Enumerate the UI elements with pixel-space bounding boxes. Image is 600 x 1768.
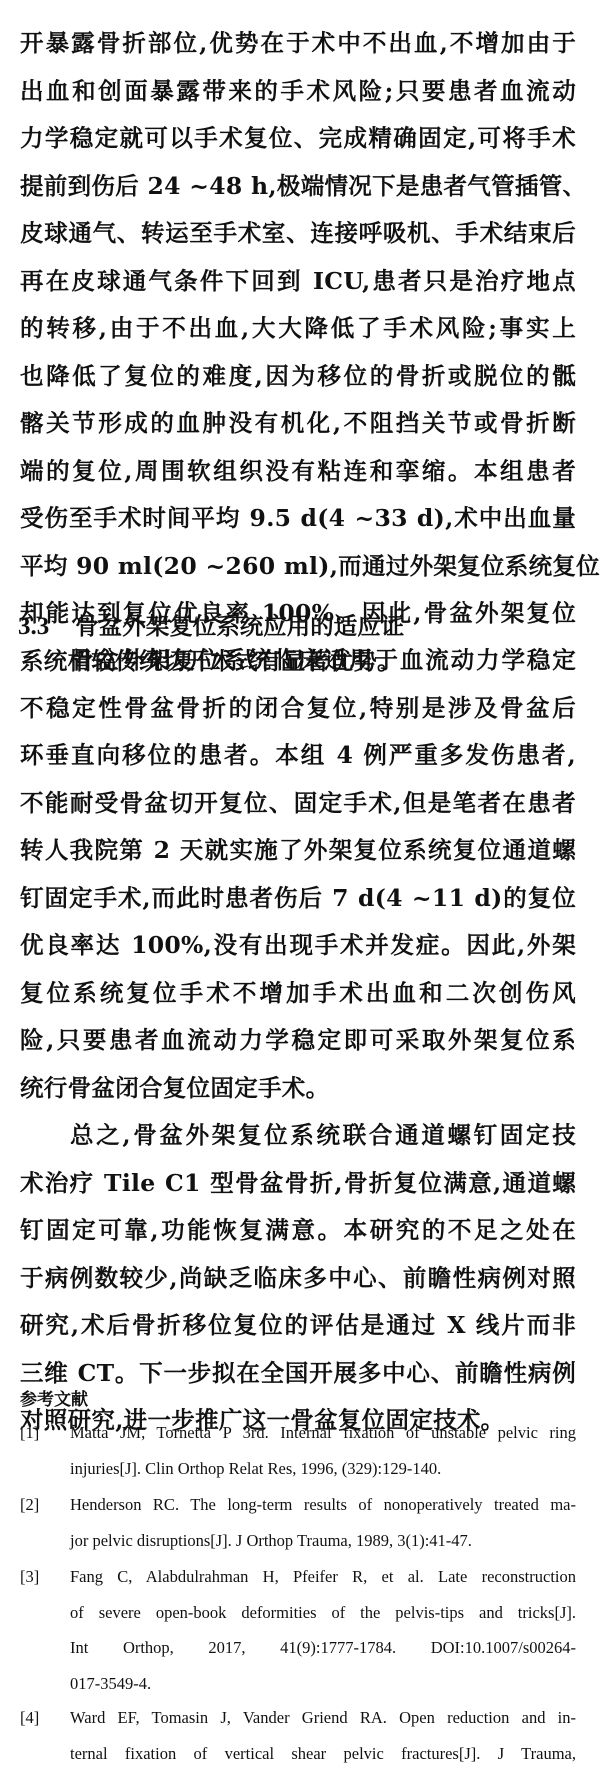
text-line: 髂关节形成的血肿没有机化,不阻挡关节或骨折断 xyxy=(20,400,576,448)
reference-line: Henderson RC. The long-term results of n… xyxy=(70,1487,576,1523)
reference-line: 017-3549-4. xyxy=(70,1666,576,1702)
paragraph-advantages: 开暴露骨折部位,优势在于术中不出血,不增加由于 出血和创面暴露带来的手术风险;只… xyxy=(20,20,576,685)
section-number: 3.3 xyxy=(18,613,49,640)
text-line: 于病例数较少,尚缺乏临床多中心、前瞻性病例对照 xyxy=(20,1255,576,1303)
text-line: 受伤至手术时间平均 9.5 d(4 ~33 d),术中出血量 xyxy=(20,495,576,543)
reference-line: jor pelvic disruptions[J]. J Orthop Trau… xyxy=(70,1523,576,1559)
reference-item: [3] Fang C, Alabdulrahman H, Pfeifer R, … xyxy=(20,1559,576,1701)
section-heading: 3.3骨盆外架复位系统应用的适应证 xyxy=(18,607,404,641)
reference-line: Int Orthop, 2017, 41(9):1777-1784. DOI:1… xyxy=(70,1630,576,1666)
text-line: 也降低了复位的难度,因为移位的骨折或脱位的骶 xyxy=(20,353,576,401)
text-line: 不能耐受骨盆切开复位、固定手术,但是笔者在患者 xyxy=(20,780,576,828)
text-line: 骨盆外架复位系统临床适用于血流动力学稳定 xyxy=(20,637,576,685)
text-line: 险,只要患者血流动力学稳定即可采取外架复位系 xyxy=(20,1017,576,1065)
text-line: 开暴露骨折部位,优势在于术中不出血,不增加由于 xyxy=(20,20,576,68)
reference-number: [4] xyxy=(20,1700,39,1736)
reference-text: Henderson RC. The long-term results of n… xyxy=(70,1487,576,1558)
text-line: 转人我院第 2 天就实施了外架复位系统复位通道螺 xyxy=(20,827,576,875)
text-line: 术治疗 Tile C1 型骨盆骨折,骨折复位满意,通道螺 xyxy=(20,1160,576,1208)
reference-item: [4] Ward EF, Tomasin J, Vander Griend RA… xyxy=(20,1700,576,1768)
reference-number: [1] xyxy=(20,1415,39,1451)
text-line: 力学稳定就可以手术复位、完成精确固定,可将手术 xyxy=(20,115,576,163)
reference-text: Ward EF, Tomasin J, Vander Griend RA. Op… xyxy=(70,1700,576,1768)
reference-line: Fang C, Alabdulrahman H, Pfeifer R, et a… xyxy=(70,1559,576,1595)
text-line: 复位系统复位手术不增加手术出血和二次创伤风 xyxy=(20,970,576,1018)
text-line: 总之,骨盆外架复位系统联合通道螺钉固定技 xyxy=(20,1112,576,1160)
text-line: 研究,术后骨折移位复位的评估是通过 X 线片而非 xyxy=(20,1302,576,1350)
text-line: 不稳定性骨盆骨折的闭合复位,特别是涉及骨盆后 xyxy=(20,685,576,733)
text-line: 钉固定手术,而此时患者伤后 7 d(4 ~11 d)的复位 xyxy=(20,875,576,923)
text-line: 的转移,由于不出血,大大降低了手术风险;事实上 xyxy=(20,305,576,353)
text-line: 三维 CT。下一步拟在全国开展多中心、前瞻性病例 xyxy=(20,1350,576,1398)
text-line: 优良率达 100%,没有出现手术并发症。因此,外架 xyxy=(20,922,576,970)
text-line: 端的复位,周围软组织没有粘连和挛缩。本组患者 xyxy=(20,448,576,496)
references-heading: 参考文献 xyxy=(20,1385,88,1410)
text-line: 再在皮球通气条件下回到 ICU,患者只是治疗地点 xyxy=(20,258,576,306)
section-title: 骨盆外架复位系统应用的适应证 xyxy=(75,612,404,640)
reference-line: Matta JM, Tornetta P 3rd. Internal fixat… xyxy=(70,1415,576,1451)
text-line: 平均 90 ml(20 ~260 ml),而通过外架复位系统复位 xyxy=(20,543,576,591)
text-line: 出血和创面暴露带来的手术风险;只要患者血流动 xyxy=(20,68,576,116)
text-line: 钉固定可靠,功能恢复满意。本研究的不足之处在 xyxy=(20,1207,576,1255)
paragraph-indications: 骨盆外架复位系统临床适用于血流动力学稳定 不稳定性骨盆骨折的闭合复位,特别是涉及… xyxy=(20,637,576,1112)
reference-line: of severe open-book deformities of the p… xyxy=(70,1595,576,1631)
reference-item: [1] Matta JM, Tornetta P 3rd. Internal f… xyxy=(20,1415,576,1486)
paragraph-conclusion: 总之,骨盆外架复位系统联合通道螺钉固定技 术治疗 Tile C1 型骨盆骨折,骨… xyxy=(20,1112,576,1445)
text-line: 皮球通气、转运至手术室、连接呼吸机、手术结束后 xyxy=(20,210,576,258)
text-line: 环垂直向移位的患者。本组 4 例严重多发伤患者, xyxy=(20,732,576,780)
reference-line: injuries[J]. Clin Orthop Relat Res, 1996… xyxy=(70,1451,576,1487)
reference-line: ternal fixation of vertical shear pelvic… xyxy=(70,1736,576,1768)
reference-number: [3] xyxy=(20,1559,39,1595)
reference-item: [2] Henderson RC. The long-term results … xyxy=(20,1487,576,1558)
reference-text: Fang C, Alabdulrahman H, Pfeifer R, et a… xyxy=(70,1559,576,1701)
reference-number: [2] xyxy=(20,1487,39,1523)
reference-line: Ward EF, Tomasin J, Vander Griend RA. Op… xyxy=(70,1700,576,1736)
reference-text: Matta JM, Tornetta P 3rd. Internal fixat… xyxy=(70,1415,576,1486)
text-line: 统行骨盆闭合复位固定手术。 xyxy=(20,1065,576,1113)
text-line: 提前到伤后 24 ~48 h,极端情况下是患者气管插管、 xyxy=(20,163,576,211)
